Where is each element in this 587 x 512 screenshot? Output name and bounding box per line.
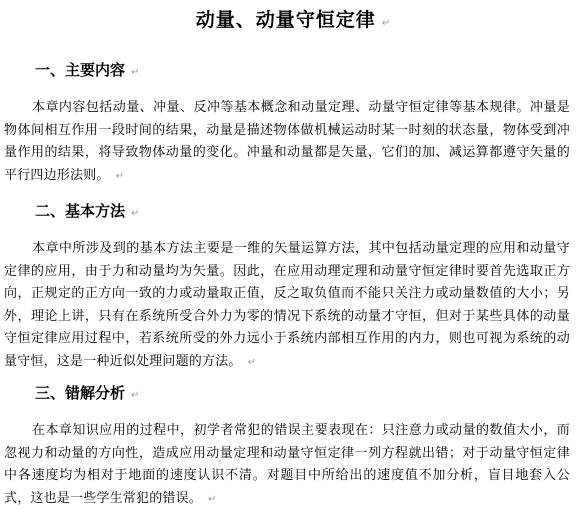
- document-title: 动量、动量守恒定律↵: [0, 7, 587, 37]
- heading-text: 一、主要内容: [35, 61, 125, 79]
- section-body-basic-methods: 本章中所涉及到的基本方法主要是一维的矢量运算方法，其中包括动量定理的应用和动量守…: [4, 238, 570, 374]
- paragraph-mark-icon: ↵: [248, 357, 257, 368]
- section-body-error-analysis: 在本章知识应用的过程中，初学者常犯的错误主要表现在：只注意力或动量的数值大小，而…: [4, 420, 570, 511]
- body-text: 在本章知识应用的过程中，初学者常犯的错误主要表现在：只注意力或动量的数值大小，而…: [4, 423, 570, 506]
- paragraph-mark-icon: ↵: [131, 390, 139, 401]
- heading-text: 二、基本方法: [35, 202, 125, 220]
- paragraph-mark-icon: ↵: [382, 18, 391, 29]
- section-heading-main-content: 一、主要内容↵: [35, 60, 139, 83]
- section-heading-basic-methods: 二、基本方法↵: [35, 201, 139, 224]
- document-page: 动量、动量守恒定律↵ 一、主要内容↵ 本章内容包括动量、冲量、反冲等基本概念和动…: [0, 0, 587, 512]
- paragraph-mark-icon: ↵: [131, 67, 139, 78]
- body-text: 本章中所涉及到的基本方法主要是一维的矢量运算方法，其中包括动量定理的应用和动量守…: [4, 241, 570, 369]
- section-body-main-content: 本章内容包括动量、冲量、反冲等基本概念和动量定理、动量守恒定律等基本规律。冲量是…: [4, 97, 570, 188]
- paragraph-mark-icon: ↵: [131, 208, 139, 219]
- paragraph-mark-icon: ↵: [116, 171, 125, 182]
- section-heading-error-analysis: 三、错解分析↵: [35, 383, 139, 406]
- body-text: 本章内容包括动量、冲量、反冲等基本概念和动量定理、动量守恒定律等基本规律。冲量是…: [4, 100, 570, 183]
- paragraph-mark-icon: ↵: [208, 494, 217, 505]
- title-text: 动量、动量守恒定律: [196, 9, 376, 31]
- heading-text: 三、错解分析: [35, 384, 125, 402]
